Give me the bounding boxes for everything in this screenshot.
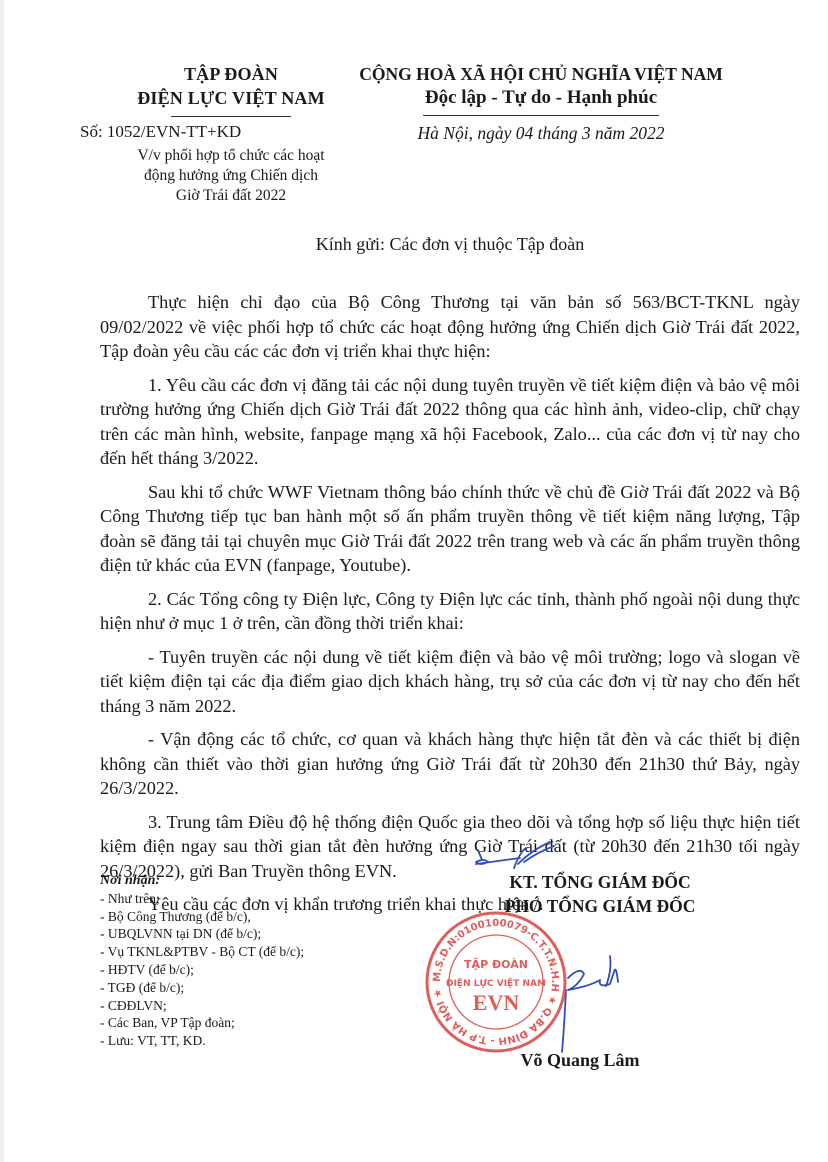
- body-paragraph: Thực hiện chỉ đạo của Bộ Công Thương tại…: [100, 290, 800, 364]
- distribution-item: - Vụ TKNL&PTBV - Bộ CT (để b/c);: [100, 943, 380, 961]
- document-number: Số: 1052/EVN-TT+KD: [80, 120, 362, 144]
- subject-line: Giờ Trái đất 2022: [100, 186, 362, 206]
- svg-text:ĐIỆN LỰC VIỆT NAM: ĐIỆN LỰC VIỆT NAM: [446, 978, 546, 989]
- body-paragraph: 1. Yêu cầu các đơn vị đăng tải các nội d…: [100, 373, 800, 471]
- page-edge: [0, 0, 4, 1162]
- body-paragraph: - Vận động các tổ chức, cơ quan và khách…: [100, 727, 800, 801]
- place-and-date: Hà Nội, ngày 04 tháng 3 năm 2022: [356, 121, 726, 145]
- addressee: Kính gửi: Các đơn vị thuộc Tập đoàn: [100, 232, 800, 256]
- body-paragraph: - Tuyên truyền các nội dung về tiết kiệm…: [100, 645, 800, 719]
- distribution-list: Nơi nhận: - Như trên;- Bộ Công Thương (đ…: [100, 872, 380, 1050]
- subject-line: động hưởng ứng Chiến dịch: [100, 166, 362, 186]
- issuer-divider: [171, 116, 291, 117]
- distribution-items: - Như trên;- Bộ Công Thương (để b/c),- U…: [100, 890, 380, 1050]
- svg-text:EVN: EVN: [473, 990, 520, 1015]
- body-paragraph: 2. Các Tổng công ty Điện lực, Công ty Đi…: [100, 587, 800, 636]
- document-body: Thực hiện chỉ đạo của Bộ Công Thương tại…: [100, 290, 800, 926]
- distribution-item: - Các Ban, VP Tập đoàn;: [100, 1014, 380, 1032]
- document-subject: V/v phối hợp tổ chức các hoạt động hưởng…: [100, 146, 362, 206]
- issuer-org-line1: TẬP ĐOÀN: [100, 62, 362, 86]
- distribution-label: Nơi nhận:: [100, 872, 380, 890]
- subject-line: V/v phối hợp tổ chức các hoạt: [100, 146, 362, 166]
- nation-title: CỘNG HOÀ XÃ HỘI CHỦ NGHĨA VIỆT NAM: [356, 62, 726, 86]
- distribution-item: - CĐĐLVN;: [100, 997, 380, 1015]
- issuer-org-line2: ĐIỆN LỰC VIỆT NAM: [100, 86, 362, 110]
- issuer-header: TẬP ĐOÀN ĐIỆN LỰC VIỆT NAM Số: 1052/EVN-…: [100, 62, 362, 206]
- distribution-item: - HĐTV (để b/c);: [100, 961, 380, 979]
- signer-name: Võ Quang Lâm: [500, 1048, 660, 1072]
- national-header: CỘNG HOÀ XÃ HỘI CHỦ NGHĨA VIỆT NAM Độc l…: [356, 62, 726, 145]
- official-stamp: M.S.D.N:0100100079-C.T.T.N.H.H ★ Q.BA ĐÌ…: [424, 910, 568, 1054]
- svg-text:TẬP ĐOÀN: TẬP ĐOÀN: [464, 958, 528, 971]
- distribution-item: - Lưu: VT, TT, KD.: [100, 1032, 380, 1050]
- body-paragraph: Sau khi tổ chức WWF Vietnam thông báo ch…: [100, 480, 800, 578]
- motto-divider: [423, 115, 659, 116]
- distribution-item: - Như trên;: [100, 890, 380, 908]
- national-motto: Độc lập - Tự do - Hạnh phúc: [356, 86, 726, 110]
- distribution-item: - Bộ Công Thương (để b/c),: [100, 908, 380, 926]
- distribution-item: - UBQLVNN tại DN (để b/c);: [100, 925, 380, 943]
- distribution-item: - TGĐ (để b/c);: [100, 979, 380, 997]
